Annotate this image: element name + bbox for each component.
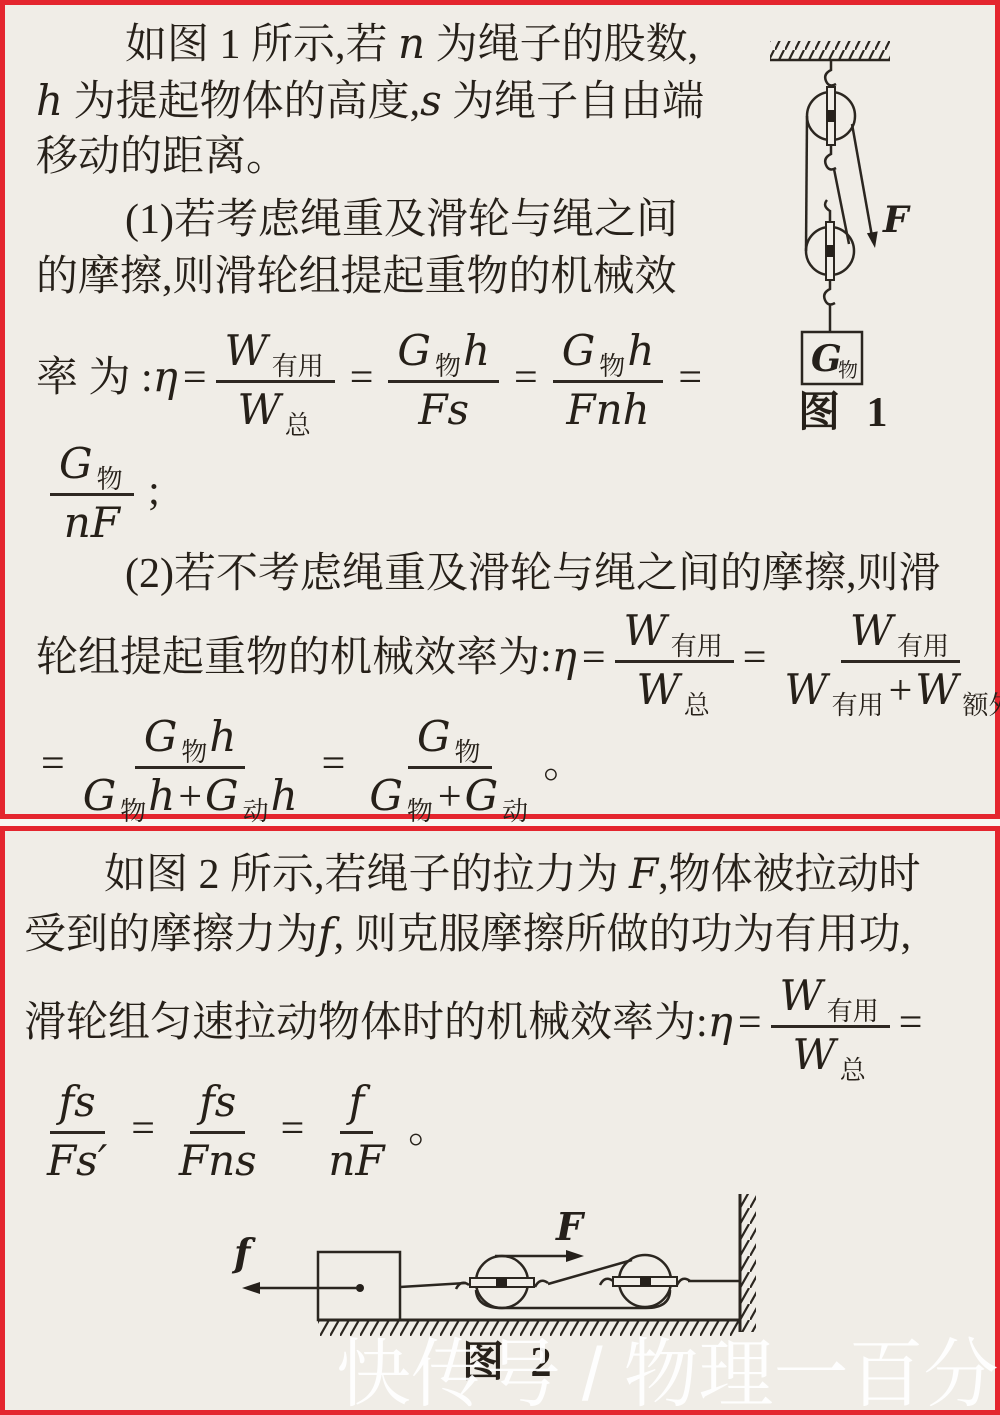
math-variable: G bbox=[562, 326, 596, 375]
text-run: ; bbox=[138, 468, 160, 514]
fraction-denominator: G物+G动 bbox=[360, 769, 539, 821]
fraction: W有用W总 bbox=[615, 607, 734, 716]
text-line: (2)若不考虑绳重及滑轮与绳之间的摩擦,则滑 bbox=[125, 551, 940, 598]
text-run: = bbox=[738, 635, 772, 681]
math-variable: h bbox=[148, 771, 175, 820]
fraction-numerator: W有用 bbox=[615, 607, 734, 663]
watermark: 快传号 / 物理一百分 bbox=[336, 1334, 1000, 1414]
math-variable: h bbox=[627, 326, 654, 375]
math-variable: G bbox=[83, 771, 117, 820]
fraction-numerator: W有用 bbox=[771, 972, 890, 1028]
text-run: 总 bbox=[840, 1056, 866, 1085]
math-variable: G bbox=[465, 771, 499, 820]
text-run: 动 bbox=[502, 797, 528, 826]
text-run: 物 bbox=[435, 352, 461, 381]
text-run: 物 bbox=[120, 797, 146, 826]
text-line: 如图 1 所示,若 n 为绳子的股数, bbox=[125, 20, 698, 69]
math-variable: h bbox=[271, 771, 298, 820]
text-run: = bbox=[577, 635, 611, 681]
text-run: = bbox=[36, 741, 70, 787]
math-variable: η bbox=[153, 352, 178, 401]
text-run: 总 bbox=[285, 411, 311, 440]
fraction-denominator: nF bbox=[319, 1134, 393, 1186]
text-run: 受到的摩擦力为 bbox=[24, 912, 318, 958]
text-run: 滑轮组匀速拉动物体时的机械效率为: bbox=[24, 1000, 708, 1046]
fraction-numerator: f bbox=[340, 1078, 374, 1134]
fraction: fsFns bbox=[170, 1078, 266, 1187]
text-run: 轮组提起重物的机械效率为: bbox=[36, 635, 552, 681]
fraction-denominator: Fnh bbox=[557, 383, 658, 435]
text-run: = bbox=[339, 355, 385, 401]
text-line: fsFs′=fsFns=fnF 。 bbox=[34, 1078, 450, 1187]
text-run: 率 为 : bbox=[36, 355, 153, 401]
text-run: = bbox=[270, 1106, 316, 1152]
text-run: 如图 2 所示,若绳子的拉力为 bbox=[104, 852, 629, 898]
math-variable: W bbox=[624, 606, 667, 655]
math-variable: h bbox=[463, 326, 490, 375]
fraction-numerator: fs bbox=[50, 1078, 105, 1134]
text-run: 物 bbox=[455, 738, 481, 767]
text-run: + bbox=[435, 774, 465, 820]
math-variable: G bbox=[369, 771, 403, 820]
fraction-numerator: W有用 bbox=[216, 327, 335, 383]
math-variable: Fnh bbox=[566, 385, 649, 434]
math-variable: fs bbox=[59, 1077, 96, 1126]
math-variable: η bbox=[552, 632, 577, 681]
text-run: 为绳子自由端 bbox=[442, 79, 705, 125]
text-run: = bbox=[120, 1106, 166, 1152]
math-variable: W bbox=[850, 606, 893, 655]
fraction-denominator: W有用+W额外 bbox=[775, 663, 1000, 715]
math-variable: W bbox=[784, 665, 827, 714]
fraction: G物nF bbox=[50, 440, 134, 549]
fraction: W有用W有用+W额外 bbox=[775, 607, 1000, 716]
text-line: 轮组提起重物的机械效率为:η=W有用W总=W有用W有用+W额外 bbox=[36, 607, 1000, 716]
text-run: = bbox=[667, 355, 713, 401]
text-run: 有用 bbox=[827, 997, 879, 1026]
fraction-denominator: Fs bbox=[409, 383, 478, 435]
text-layer: 如图 1 所示,若 n 为绳子的股数,h 为提起物体的高度,s 为绳子自由端移动… bbox=[0, 0, 1000, 1415]
fraction: G物G物+G动 bbox=[360, 713, 539, 822]
fraction-denominator: W总 bbox=[229, 383, 322, 435]
fraction: W有用W总 bbox=[216, 327, 335, 436]
math-variable: nF bbox=[328, 1136, 384, 1185]
text-run: + bbox=[175, 774, 205, 820]
math-variable: η bbox=[708, 997, 733, 1046]
math-variable: W bbox=[238, 385, 281, 434]
text-line: 滑轮组匀速拉动物体时的机械效率为:η=W有用W总= bbox=[24, 972, 927, 1081]
text-run: = bbox=[733, 1000, 767, 1046]
text-run: 移动的距离。 bbox=[36, 134, 288, 180]
fraction-denominator: Fns bbox=[170, 1134, 266, 1186]
text-run: (2)若不考虑绳重及滑轮与绳之间的摩擦,则滑 bbox=[125, 551, 940, 597]
math-variable: W bbox=[637, 665, 680, 714]
text-run: = bbox=[311, 741, 357, 787]
text-run: , 则克服摩擦所做的功为有用功, bbox=[334, 912, 912, 958]
math-variable: G bbox=[397, 326, 431, 375]
math-variable: W bbox=[780, 971, 823, 1020]
text-run: 有用 bbox=[272, 352, 324, 381]
text-run: 总 bbox=[684, 691, 710, 720]
math-variable: G bbox=[59, 439, 93, 488]
text-run: + bbox=[886, 668, 916, 714]
fraction-numerator: G物h bbox=[553, 327, 664, 383]
fraction-numerator: G物h bbox=[388, 327, 499, 383]
text-run: 。 bbox=[543, 741, 585, 787]
math-variable: h bbox=[36, 76, 63, 125]
fraction-denominator: G物h+G动h bbox=[74, 769, 307, 821]
text-run: 物 bbox=[407, 797, 433, 826]
fraction-denominator: W总 bbox=[784, 1028, 877, 1080]
math-variable: s bbox=[420, 76, 442, 125]
text-run: = bbox=[503, 355, 549, 401]
text-line: 如图 2 所示,若绳子的拉力为 F,物体被拉动时 bbox=[104, 850, 921, 899]
math-variable: W bbox=[225, 326, 268, 375]
math-variable: nF bbox=[64, 498, 120, 547]
math-variable: Fs′ bbox=[47, 1136, 107, 1185]
text-run: 有用 bbox=[832, 691, 884, 720]
fraction-denominator: Fs′ bbox=[38, 1134, 116, 1186]
text-run: = bbox=[894, 1000, 928, 1046]
text-line: 图 1 bbox=[798, 390, 896, 437]
math-variable: G bbox=[417, 712, 451, 761]
text-line: (1)若考虑绳重及滑轮与绳之间 bbox=[125, 197, 678, 244]
math-variable: W bbox=[793, 1030, 836, 1079]
math-variable: f bbox=[318, 909, 334, 958]
fraction: fsFs′ bbox=[38, 1078, 116, 1187]
text-run: 如图 1 所示,若 bbox=[125, 22, 398, 68]
fraction: G物hFnh bbox=[553, 327, 664, 436]
text-run: ,物体被拉动时 bbox=[658, 852, 921, 898]
text-line: 的摩擦,则滑轮组提起重物的机械效 bbox=[36, 254, 677, 301]
fraction-denominator: nF bbox=[55, 496, 129, 548]
text-run: 的摩擦,则滑轮组提起重物的机械效 bbox=[36, 254, 677, 300]
fraction: G物hG物h+G动h bbox=[74, 713, 307, 822]
fraction-numerator: G物 bbox=[408, 713, 492, 769]
text-run: 为提起物体的高度, bbox=[63, 79, 420, 125]
scanned-textbook-page: F G 物 bbox=[0, 0, 1000, 1415]
text-run: 。 bbox=[398, 1106, 451, 1152]
fraction-denominator: W总 bbox=[628, 663, 721, 715]
text-line: 受到的摩擦力为f, 则克服摩擦所做的功为有用功, bbox=[24, 910, 911, 959]
text-run: 有用 bbox=[897, 632, 949, 661]
text-run: = bbox=[178, 355, 212, 401]
math-variable: Fs bbox=[418, 385, 469, 434]
fraction-numerator: G物h bbox=[135, 713, 246, 769]
text-run: 额外 bbox=[962, 691, 1000, 720]
math-variable: f bbox=[349, 1077, 365, 1126]
text-run: 物 bbox=[599, 352, 625, 381]
text-line: =G物hG物h+G动h=G物G物+G动。 bbox=[36, 713, 585, 822]
figure-caption: 图 1 bbox=[798, 390, 896, 436]
math-variable: G bbox=[205, 771, 239, 820]
text-run: 物 bbox=[181, 738, 207, 767]
text-line: G物nF ; bbox=[46, 440, 160, 549]
math-variable: h bbox=[209, 712, 236, 761]
math-variable: n bbox=[398, 19, 425, 68]
fraction-numerator: G物 bbox=[50, 440, 134, 496]
fraction-numerator: W有用 bbox=[841, 607, 960, 663]
text-run: (1)若考虑绳重及滑轮与绳之间 bbox=[125, 197, 678, 243]
text-line: 率 为 :η=W有用W总=G物hFs=G物hFnh= bbox=[36, 327, 713, 436]
text-run: 物 bbox=[97, 465, 123, 494]
text-run: 动 bbox=[243, 797, 269, 826]
fraction: W有用W总 bbox=[771, 972, 890, 1081]
text-line: 移动的距离。 bbox=[36, 134, 288, 181]
math-variable: W bbox=[915, 665, 958, 714]
math-variable: Fns bbox=[179, 1136, 257, 1185]
math-variable: F bbox=[629, 849, 658, 898]
fraction-numerator: fs bbox=[190, 1078, 245, 1134]
fraction: G物hFs bbox=[388, 327, 499, 436]
text-run: 有用 bbox=[671, 632, 723, 661]
math-variable: G bbox=[144, 712, 178, 761]
math-variable: fs bbox=[199, 1077, 236, 1126]
text-line: h 为提起物体的高度,s 为绳子自由端 bbox=[36, 77, 704, 126]
text-run: 为绳子的股数, bbox=[425, 22, 698, 68]
fraction: fnF bbox=[319, 1078, 393, 1187]
